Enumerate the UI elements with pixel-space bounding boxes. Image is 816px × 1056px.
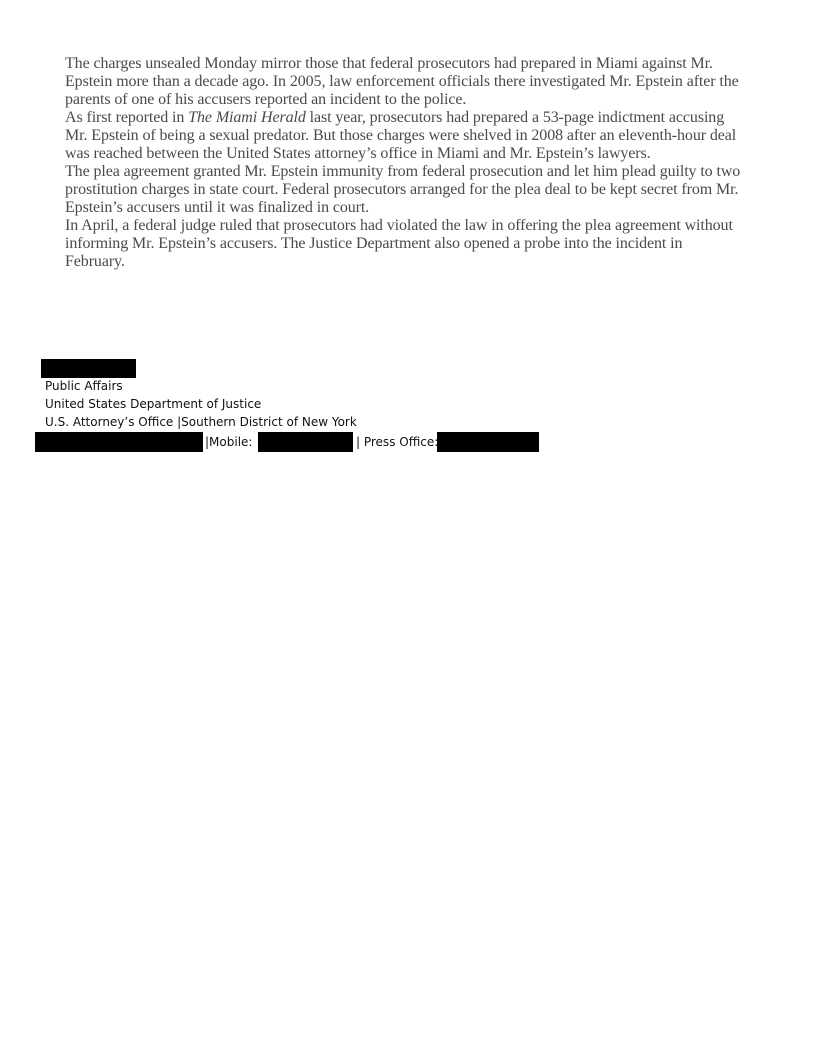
line: The charges unsealed Monday mirror those… (65, 55, 713, 72)
line: Epstein more than a decade ago. In 2005,… (65, 73, 739, 90)
paragraph-3: The plea agreement granted Mr. Epstein i… (65, 163, 765, 217)
redacted-name (41, 359, 136, 378)
line: prostitution charges in state court. Fed… (65, 181, 738, 198)
publication-name: The Miami Herald (188, 109, 306, 126)
signature-block: Public Affairs United States Department … (45, 377, 357, 431)
line: Epstein’s accusers until it was finalize… (65, 199, 369, 216)
line: was reached between the United States at… (65, 145, 651, 162)
mobile-label: |Mobile: (205, 432, 252, 452)
paragraph-4: In April, a federal judge ruled that pro… (65, 217, 765, 271)
signature-office: U.S. Attorney’s Office |Southern Distric… (45, 413, 357, 431)
signature-department: United States Department of Justice (45, 395, 357, 413)
line: parents of one of his accusers reported … (65, 91, 466, 108)
redacted-press-office (437, 432, 539, 452)
signature-title: Public Affairs (45, 377, 357, 395)
paragraph-1: The charges unsealed Monday mirror those… (65, 55, 765, 109)
line: informing Mr. Epstein’s accusers. The Ju… (65, 235, 682, 252)
press-office-label: | Press Office: (356, 432, 438, 452)
redacted-phone (35, 432, 203, 452)
redacted-mobile (258, 432, 353, 452)
line: February. (65, 253, 125, 270)
document-page: The charges unsealed Monday mirror those… (0, 0, 816, 1056)
paragraph-2: As first reported in The Miami Herald la… (65, 109, 765, 163)
line: In April, a federal judge ruled that pro… (65, 217, 733, 234)
line: As first reported in (65, 109, 188, 126)
article-body: The charges unsealed Monday mirror those… (65, 55, 765, 271)
line: The plea agreement granted Mr. Epstein i… (65, 163, 740, 180)
line: Mr. Epstein of being a sexual predator. … (65, 127, 736, 144)
line: last year, prosecutors had prepared a 53… (306, 109, 724, 126)
